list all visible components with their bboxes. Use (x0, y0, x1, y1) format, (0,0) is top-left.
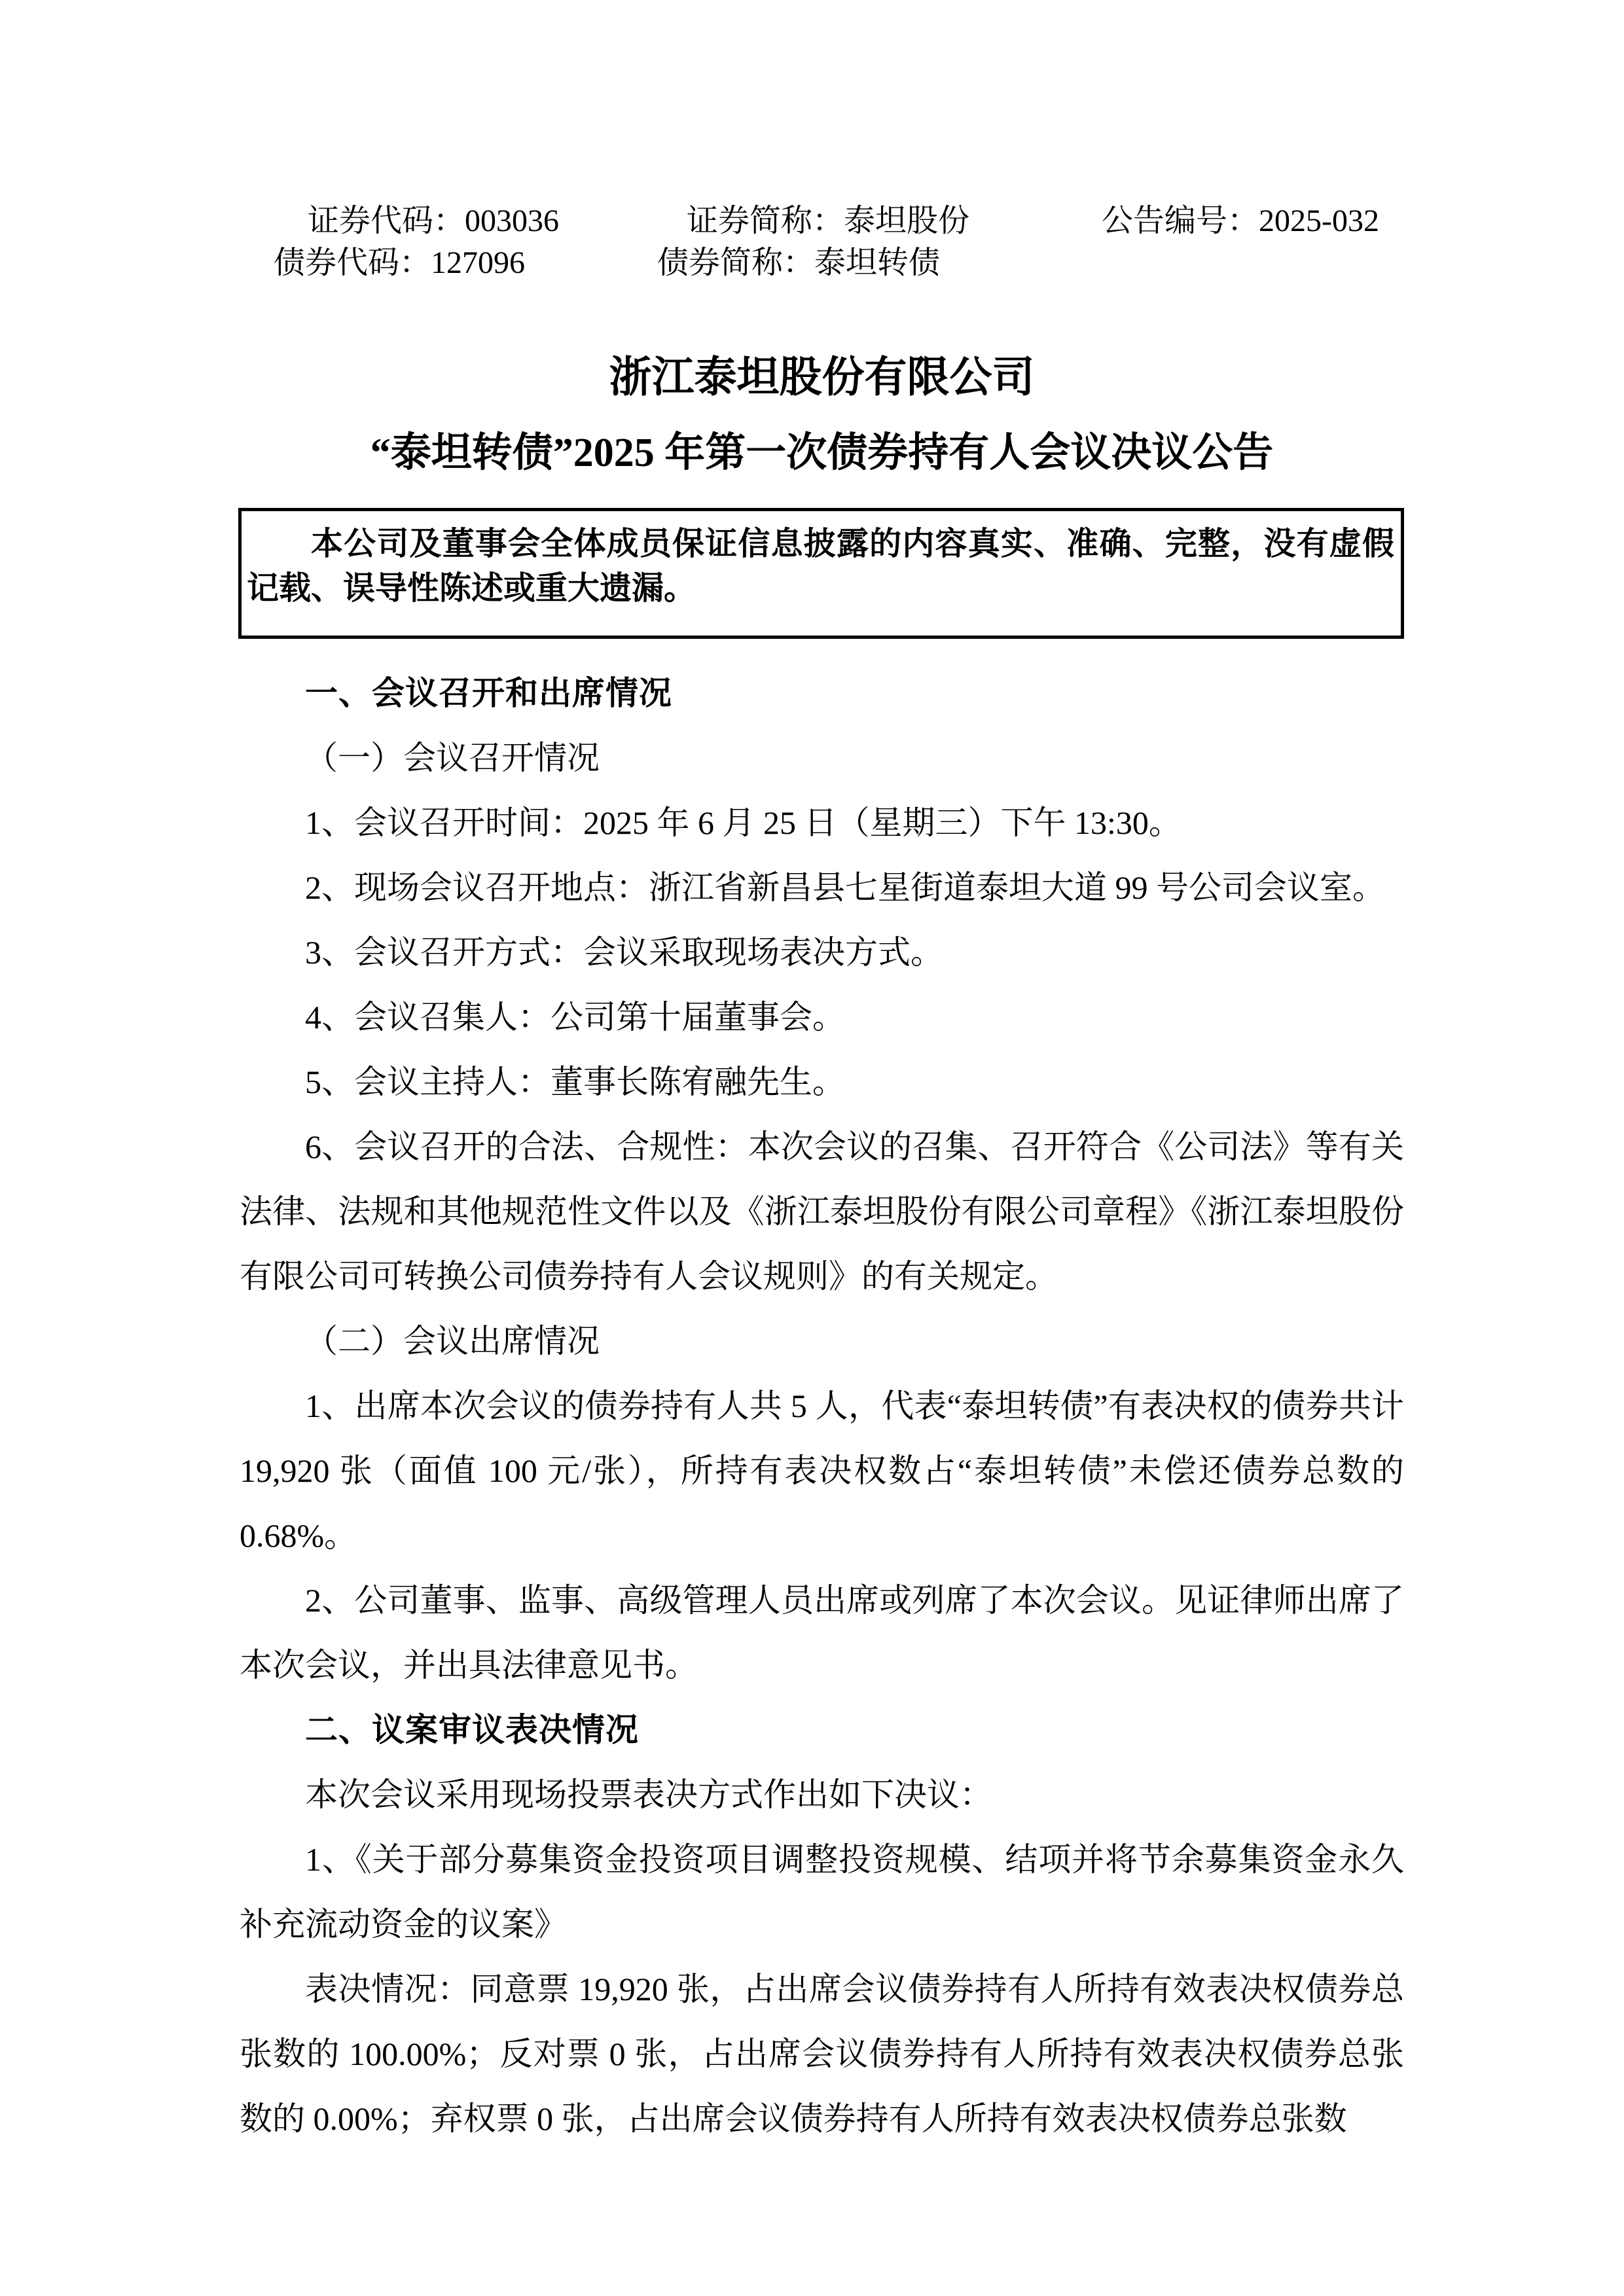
announcement-title: “泰坦转债”2025 年第一次债券持有人会议决议公告 (240, 431, 1404, 475)
body-paragraph: 2、现场会议召开地点：浙江省新昌县七星街道泰坦大道 99 号公司会议室。 (240, 855, 1404, 920)
body-paragraph: 表决情况：同意票 19,920 张，占出席会议债券持有人所持有效表决权债券总张数… (240, 1957, 1404, 2151)
body-paragraph: 1、《关于部分募集资金投资项目调整投资规模、结项并将节余募集资金永久补充流动资金… (240, 1827, 1404, 1957)
body-paragraph: 3、会议召开方式：会议采取现场表决方式。 (240, 920, 1404, 985)
body-paragraph: （二）会议出席情况 (240, 1309, 1404, 1374)
body-paragraph: （一）会议召开情况 (240, 726, 1404, 791)
notice-box: 本公司及董事会全体成员保证信息披露的内容真实、准确、完整，没有虚假记载、误导性陈… (238, 508, 1404, 639)
section-heading: 一、会议召开和出席情况 (240, 661, 1404, 726)
body-paragraph: 4、会议召集人：公司第十届董事会。 (240, 985, 1404, 1050)
security-code: 证券代码：003036 (308, 204, 559, 238)
security-short-name: 证券简称：泰坦股份 (687, 204, 969, 238)
body-paragraph: 本次会议采用现场投票表决方式作出如下决议： (240, 1763, 1404, 1827)
announcement-number: 公告编号：2025-032 (1102, 204, 1379, 238)
company-name-title: 浙江泰坦股份有限公司 (240, 355, 1404, 401)
body-paragraph: 6、会议召开的合法、合规性：本次会议的召集、召开符合《公司法》等有关法律、法规和… (240, 1115, 1404, 1309)
body-paragraph: 5、会议主持人：董事长陈宥融先生。 (240, 1050, 1404, 1115)
body-paragraph: 1、会议召开时间：2025 年 6 月 25 日（星期三）下午 13:30。 (240, 791, 1404, 855)
notice-text: 本公司及董事会全体成员保证信息披露的内容真实、准确、完整，没有虚假记载、误导性陈… (247, 522, 1394, 611)
document-page: 证券代码：003036 证券简称：泰坦股份 公告编号：2025-032 债券代码… (0, 0, 1624, 2296)
body-paragraph: 2、公司董事、监事、高级管理人员出席或列席了本次会议。见证律师出席了本次会议，并… (240, 1568, 1404, 1698)
document-body: 一、会议召开和出席情况（一）会议召开情况1、会议召开时间：2025 年 6 月 … (240, 661, 1404, 2151)
bond-short-name: 债券简称：泰坦转债 (657, 246, 940, 280)
bond-code: 债券代码：127096 (274, 246, 525, 280)
body-paragraph: 1、出席本次会议的债券持有人共 5 人，代表“泰坦转债”有表决权的债券共计 19… (240, 1374, 1404, 1568)
document-header: 证券代码：003036 证券简称：泰坦股份 公告编号：2025-032 债券代码… (240, 204, 1404, 291)
section-heading: 二、议案审议表决情况 (240, 1698, 1404, 1763)
